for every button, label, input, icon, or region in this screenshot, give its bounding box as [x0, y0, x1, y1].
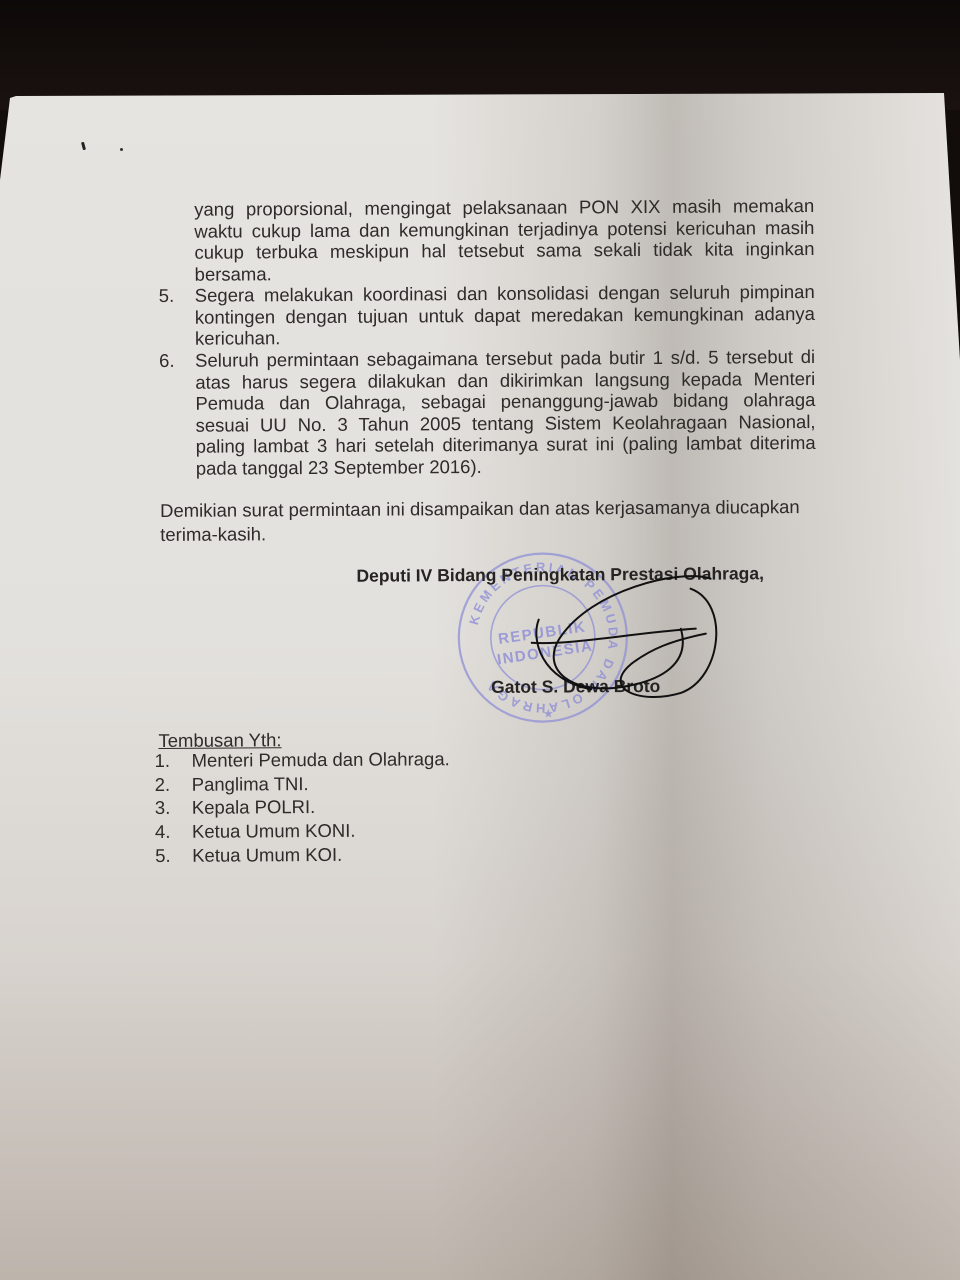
recipient-number: 3.	[155, 796, 171, 820]
item-number: 6.	[159, 350, 175, 372]
handwritten-signature	[530, 568, 731, 709]
closing-paragraph: Demikian surat permintaan ini disampaika…	[160, 495, 830, 547]
recipient-number: 5.	[155, 844, 171, 868]
carbon-copy-list: 1. Menteri Pemuda dan Olahraga. 2. Pangl…	[155, 749, 156, 867]
recipient-number: 2.	[155, 773, 171, 797]
item-text: Seluruh permintaan sebagaimana tersebut …	[195, 346, 816, 479]
recipient-number: 4.	[155, 820, 171, 844]
item-text: Segera melakukan koordinasi dan konsolid…	[195, 281, 815, 349]
recipient-name: Menteri Pemuda dan Olahraga.	[192, 747, 450, 772]
letter-page: yang proporsional, mengingat pelaksanaan…	[0, 0, 960, 1280]
recipient-number: 1.	[155, 749, 171, 773]
recipient-name: Ketua Umum KOI.	[192, 843, 342, 868]
recipient-name: Kepala POLRI.	[192, 795, 316, 819]
recipient-name: Ketua Umum KONI.	[192, 819, 356, 844]
item-number: 5.	[159, 285, 175, 307]
continuation-paragraph: yang proporsional, mengingat pelaksanaan…	[194, 195, 815, 285]
recipient-name: Panglima TNI.	[192, 772, 309, 796]
